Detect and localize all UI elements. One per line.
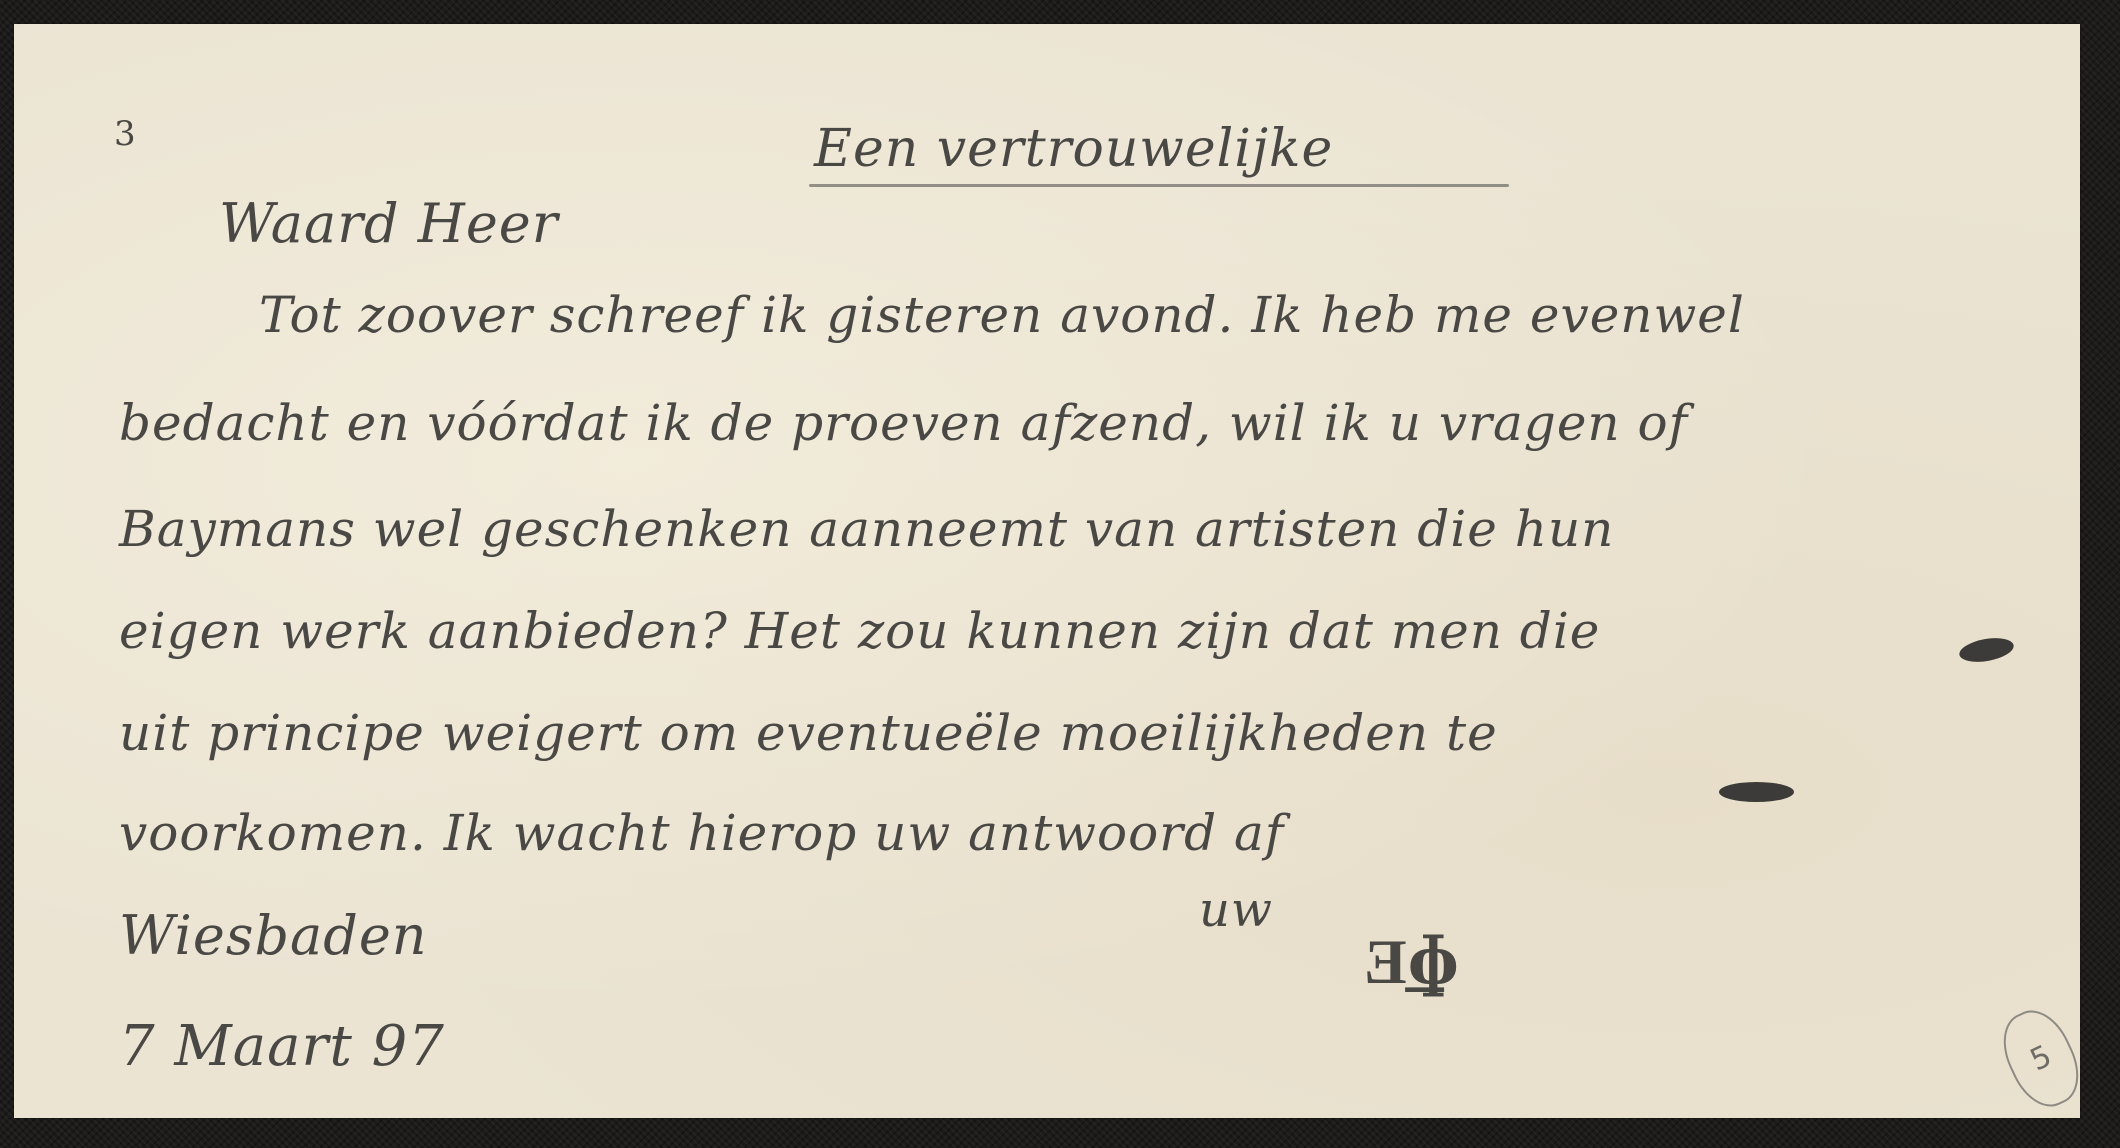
- signature: Ǝ͟ɸ: [1364, 924, 1460, 999]
- archive-mark: 5: [1991, 1000, 2091, 1117]
- body-line: voorkomen. Ik wacht hierop uw antwoord a…: [119, 804, 1284, 862]
- body-line: Tot zoover schreef ik gisteren avond. Ik…: [259, 286, 1745, 344]
- page-number: 3: [114, 114, 137, 154]
- body-line: bedacht en vóórdat ik de proeven afzend,…: [119, 394, 1688, 452]
- place: Wiesbaden: [119, 904, 428, 967]
- body-line: eigen werk aanbieden? Het zou kunnen zij…: [119, 602, 1600, 660]
- closing: uw: [1199, 882, 1273, 938]
- body-line: uit principe weigert om eventueële moeil…: [119, 704, 1498, 762]
- letter-title: Een vertrouwelijke: [814, 119, 1333, 179]
- date: 7 Maart 97: [119, 1014, 445, 1079]
- ink-blot: [1958, 634, 2016, 665]
- salutation: Waard Heer: [219, 192, 559, 255]
- title-underline: [809, 184, 1509, 187]
- archive-mark-number: 5: [2025, 1039, 2057, 1079]
- letter-paper: 3 Een vertrouwelijke Waard Heer Tot zoov…: [14, 24, 2080, 1118]
- ink-blot: [1719, 782, 1794, 802]
- body-line: Baymans wel geschenken aanneemt van arti…: [119, 500, 1614, 558]
